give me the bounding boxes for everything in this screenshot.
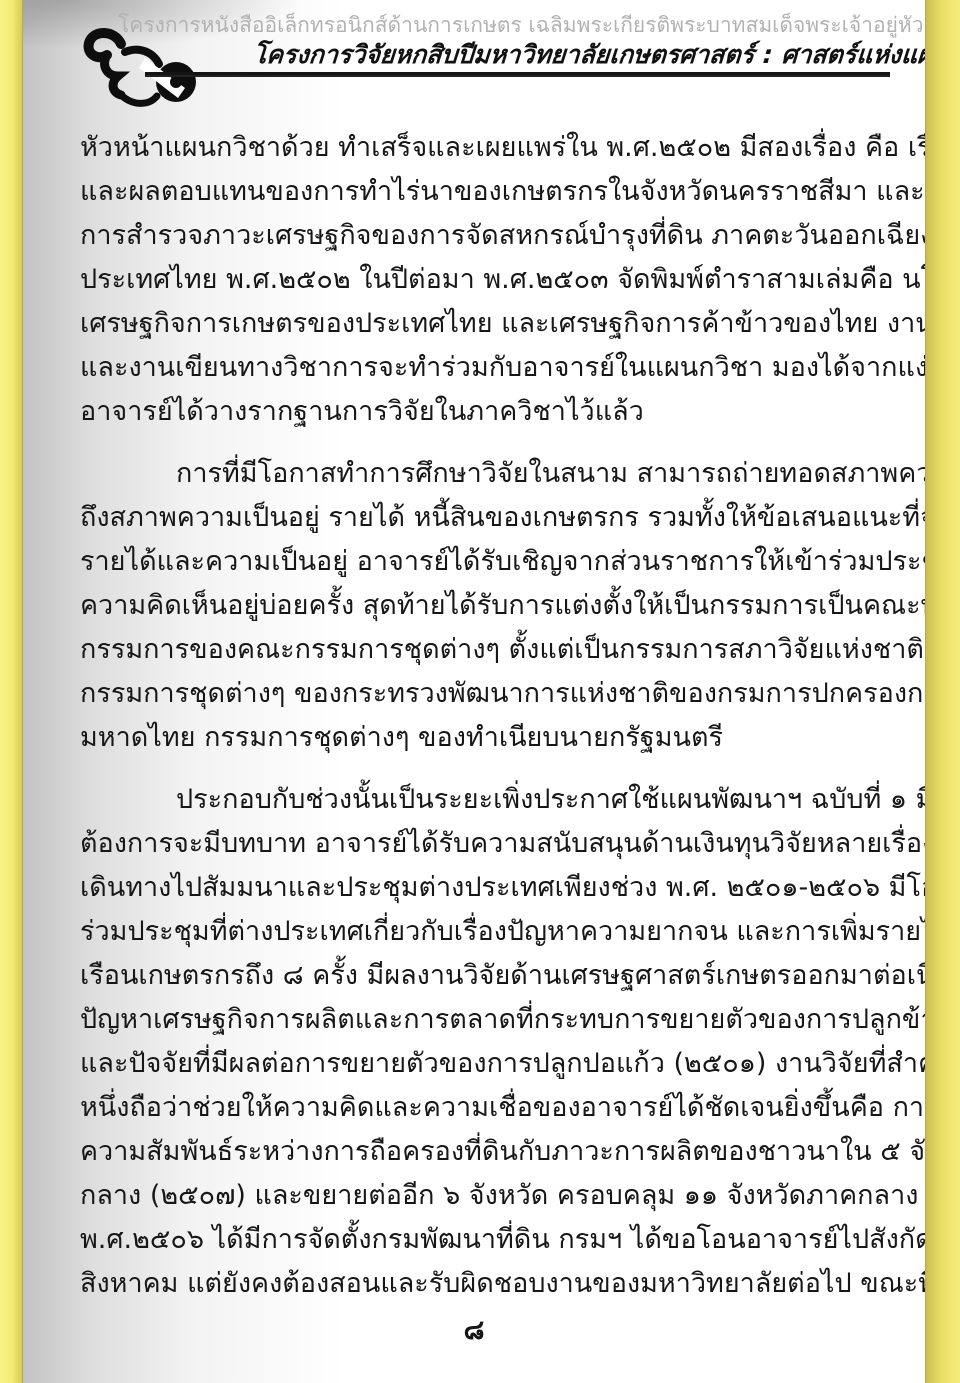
right-scan-border <box>925 0 960 1383</box>
body-text: หัวหน้าแผนกวิชาด้วย ทำเสร็จและเผยแพร่ใน … <box>80 126 886 1306</box>
text-line: ร่วมประชุมที่ต่างประเทศเกี่ยวกับเรื่องปั… <box>80 910 886 954</box>
paragraph: หัวหน้าแผนกวิชาด้วย ทำเสร็จและเผยแพร่ใน … <box>80 126 886 434</box>
text-line: การที่มีโอกาสทำการศึกษาวิจัยในสนาม สามาร… <box>80 452 886 496</box>
scanned-document-page: โครงการหนังสืออิเล็กทรอนิกส์ด้านการเกษตร… <box>0 0 960 1383</box>
page-surface: โครงการหนังสืออิเล็กทรอนิกส์ด้านการเกษตร… <box>23 0 925 1383</box>
text-line: มหาดไทย กรรมการชุดต่างๆ ของทำเนียบนายกรั… <box>80 716 886 760</box>
header-series-title: โครงการวิจัยหกสิบปีมหาวิทยาลัยเกษตรศาสตร… <box>252 40 914 70</box>
text-line: กรรมการของคณะกรรมการชุดต่างๆ ตั้งแต่เป็น… <box>80 628 886 672</box>
text-line: หัวหน้าแผนกวิชาด้วย ทำเสร็จและเผยแพร่ใน … <box>80 126 886 170</box>
header-project-title: โครงการหนังสืออิเล็กทรอนิกส์ด้านการเกษตร… <box>118 12 885 38</box>
text-line: กลาง (๒๕๐๗) และขยายต่ออีก ๖ จังหวัด ครอบ… <box>80 1174 886 1218</box>
text-line: รายได้และความเป็นอยู่ อาจารย์ได้รับเชิญจ… <box>80 540 886 584</box>
paragraph: การที่มีโอกาสทำการศึกษาวิจัยในสนาม สามาร… <box>80 452 886 760</box>
text-line: พ.ศ.๒๕๐๖ ได้มีการจัดตั้งกรมพัฒนาที่ดิน ก… <box>80 1218 886 1262</box>
text-line: ต้องการจะมีบทบาท อาจารย์ได้รับความสนับสน… <box>80 822 886 866</box>
text-line: กรรมการชุดต่างๆ ของกระทรวงพัฒนาการแห่งชา… <box>80 672 886 716</box>
text-line: สิงหาคม แต่ยังคงต้องสอนและรับผิดชอบงานขอ… <box>80 1262 886 1306</box>
sixty-anniversary-calligraphy-logo-icon <box>81 26 209 116</box>
left-scan-border <box>0 0 23 1383</box>
text-line: ความสัมพันธ์ระหว่างการถือครองที่ดินกับภา… <box>80 1130 886 1174</box>
text-line: เดินทางไปสัมมนาและประชุมต่างประเทศเพียงช… <box>80 866 886 910</box>
header-rule <box>145 72 890 77</box>
text-line: อาจารย์ได้วางรากฐานการวิจัยในภาควิชาไว้แ… <box>80 390 886 434</box>
page-footer: ๘ <box>23 1308 925 1348</box>
page-number: ๘ <box>464 1315 485 1346</box>
text-line: ปัญหาเศรษฐกิจการผลิตและการตลาดที่กระทบกา… <box>80 998 886 1042</box>
text-line: เศรษฐกิจการเกษตรของประเทศไทย และเศรษฐกิจ… <box>80 302 886 346</box>
text-line: ความคิดเห็นอยู่บ่อยครั้ง สุดท้ายได้รับกา… <box>80 584 886 628</box>
text-line: และผลตอบแทนของการทำไร่นาของเกษตรกรในจังห… <box>80 170 886 214</box>
text-line: ประเทศไทย พ.ศ.๒๕๐๒ ในปีต่อมา พ.ศ.๒๕๐๓ จั… <box>80 258 886 302</box>
text-line: เรือนเกษตรกรถึง ๘ ครั้ง มีผลงานวิจัยด้าน… <box>80 954 886 998</box>
text-line: หนึ่งถือว่าช่วยให้ความคิดและความเชื่อของ… <box>80 1086 886 1130</box>
text-line: ถึงสภาพความเป็นอยู่ รายได้ หนี้สินของเกษ… <box>80 496 886 540</box>
text-line: การสำรวจภาวะเศรษฐกิจของการจัดสหกรณ์บำรุง… <box>80 214 886 258</box>
text-line: และปัจจัยที่มีผลต่อการขยายตัวของการปลูกป… <box>80 1042 886 1086</box>
text-line: ประกอบกับช่วงนั้นเป็นระยะเพิ่งประกาศใช้แ… <box>80 778 886 822</box>
paragraph: ประกอบกับช่วงนั้นเป็นระยะเพิ่งประกาศใช้แ… <box>80 778 886 1306</box>
text-line: และงานเขียนทางวิชาการจะทำร่วมกับอาจารย์ใ… <box>80 346 886 390</box>
